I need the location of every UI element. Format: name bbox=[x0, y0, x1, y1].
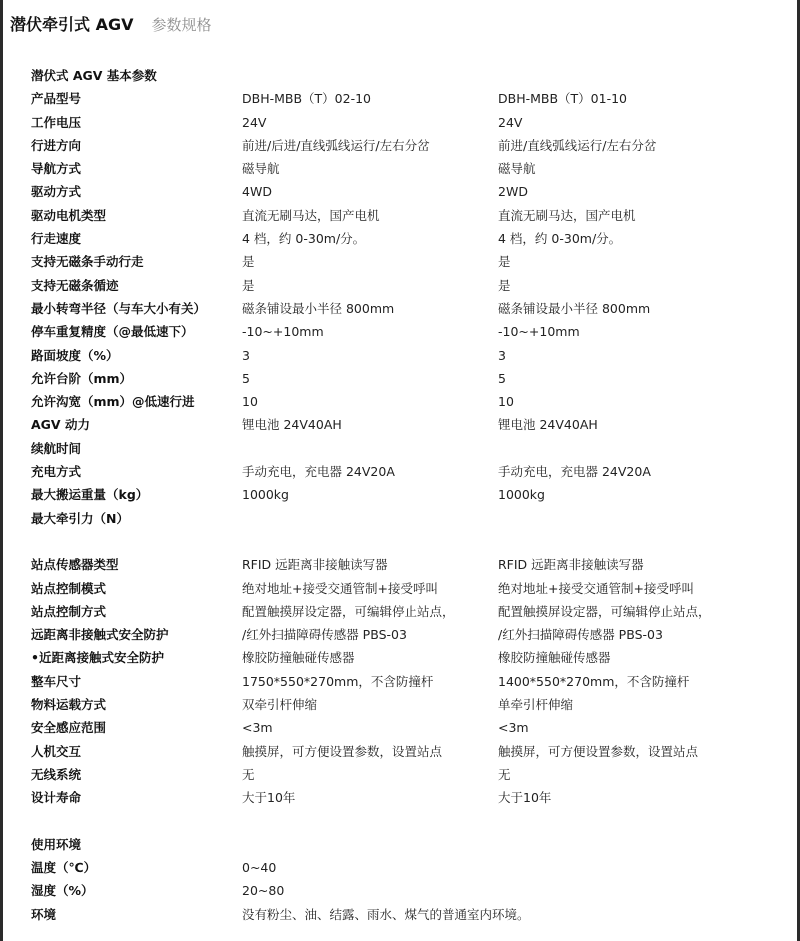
spec-value-model-1: 1750*550*270mm，不含防撞杆 bbox=[242, 670, 433, 693]
section-spacer bbox=[31, 530, 791, 553]
spec-value-model-2: 橡胶防撞触碰传感器 bbox=[498, 646, 611, 669]
spec-value-model-2: 大于10年 bbox=[498, 786, 551, 809]
spec-value-model-2: 10 bbox=[498, 390, 514, 413]
spec-label: 站点控制模式 bbox=[31, 577, 106, 600]
spec-label: 支持无磁条手动行走 bbox=[31, 250, 144, 273]
spec-row: 站点传感器类型RFID 远距离非接触读写器RFID 远距离非接触读写器 bbox=[31, 553, 791, 576]
spec-value-model-2: RFID 远距离非接触读写器 bbox=[498, 553, 644, 576]
spec-value-model-1: 橡胶防撞触碰传感器 bbox=[242, 646, 355, 669]
spec-value-model-1: RFID 远距离非接触读写器 bbox=[242, 553, 388, 576]
spec-row: 无线系统无无 bbox=[31, 763, 791, 786]
spec-value-model-1: 4 档，约 0-30m/分。 bbox=[242, 227, 365, 250]
spec-value-model-2: DBH-MBB（T）01-10 bbox=[498, 87, 627, 110]
spec-value-model-1: 绝对地址+接受交通管制+接受呼叫 bbox=[242, 577, 438, 600]
spec-row: 充电方式手动充电，充电器 24V20A手动充电，充电器 24V20A bbox=[31, 460, 791, 483]
spec-value-model-1: 磁导航 bbox=[242, 157, 280, 180]
spec-value-model-2: 3 bbox=[498, 344, 506, 367]
spec-label: 停车重复精度（@最低速下） bbox=[31, 320, 194, 343]
spec-label: 续航时间 bbox=[31, 437, 81, 460]
spec-value-model-1: 4WD bbox=[242, 180, 272, 203]
spec-row: 行走速度4 档，约 0-30m/分。4 档，约 0-30m/分。 bbox=[31, 227, 791, 250]
spec-row: 站点控制模式绝对地址+接受交通管制+接受呼叫绝对地址+接受交通管制+接受呼叫 bbox=[31, 577, 791, 600]
spec-row: 允许台阶（mm）55 bbox=[31, 367, 791, 390]
spec-label: 远距离非接触式安全防护 bbox=[31, 623, 169, 646]
section-heading-label: 潜伏式 AGV 基本参数 bbox=[31, 64, 157, 87]
spec-value-model-1: 24V bbox=[242, 111, 266, 134]
spec-label: 行走速度 bbox=[31, 227, 81, 250]
spec-value-model-1: 3 bbox=[242, 344, 250, 367]
spec-label: 无线系统 bbox=[31, 763, 81, 786]
spec-row: •近距离接触式安全防护橡胶防撞触碰传感器橡胶防撞触碰传感器 bbox=[31, 646, 791, 669]
spec-label: 产品型号 bbox=[31, 87, 81, 110]
spec-label: 湿度（%） bbox=[31, 879, 94, 902]
spec-value-model-2: 单牵引杆伸缩 bbox=[498, 693, 573, 716]
spec-label: 站点传感器类型 bbox=[31, 553, 119, 576]
spec-value-model-1: 前进/后进/直线弧线运行/左右分岔 bbox=[242, 134, 430, 157]
spec-value-model-2: 锂电池 24V40AH bbox=[498, 413, 598, 436]
spec-value-model-1: 触摸屏，可方便设置参数，设置站点 bbox=[242, 740, 442, 763]
spec-row: 温度（℃）0~40 bbox=[31, 856, 791, 879]
spec-label: 驱动方式 bbox=[31, 180, 81, 203]
spec-value-model-2: 配置触摸屏设定器，可编辑停止站点， bbox=[498, 600, 711, 623]
spec-row: 允许沟宽（mm）@低速行进1010 bbox=[31, 390, 791, 413]
spec-value-model-1: -10~+10mm bbox=[242, 320, 324, 343]
page-header: 潜伏牵引式 AGV 参数规格 bbox=[10, 12, 212, 38]
spec-row: 最大牵引力（N） bbox=[31, 507, 791, 530]
spec-label: 最小转弯半径（与车大小有关） bbox=[31, 297, 206, 320]
spec-value-model-1: DBH-MBB（T）02-10 bbox=[242, 87, 371, 110]
spec-value-model-1: 配置触摸屏设定器，可编辑停止站点， bbox=[242, 600, 455, 623]
spec-value-model-1: 是 bbox=[242, 274, 255, 297]
spec-label: 工作电压 bbox=[31, 111, 81, 134]
spec-label: 设计寿命 bbox=[31, 786, 81, 809]
spec-row: 环境没有粉尘、油、结露、雨水、煤气的普通室内环境。 bbox=[31, 903, 791, 926]
spec-value-model-1: 磁条铺设最小半径 800mm bbox=[242, 297, 394, 320]
spec-value-model-1: 大于10年 bbox=[242, 786, 295, 809]
spec-value-model-1: 5 bbox=[242, 367, 250, 390]
spec-value-model-2: 是 bbox=[498, 274, 511, 297]
spec-label: 路面坡度（%） bbox=[31, 344, 119, 367]
spec-label: AGV 动力 bbox=[31, 413, 90, 436]
spec-value-model-1: 直流无刷马达，国产电机 bbox=[242, 204, 380, 227]
spec-value-model-2: 直流无刷马达，国产电机 bbox=[498, 204, 636, 227]
spec-label: 环境 bbox=[31, 903, 56, 926]
spec-label: 物料运载方式 bbox=[31, 693, 106, 716]
spec-value-model-2: 无 bbox=[498, 763, 511, 786]
spec-row: 续航时间 bbox=[31, 437, 791, 460]
spec-row: 工作电压24V24V bbox=[31, 111, 791, 134]
spec-value-model-2: 磁导航 bbox=[498, 157, 536, 180]
spec-row: 支持无磁条循迹是是 bbox=[31, 274, 791, 297]
page-subtitle: 参数规格 bbox=[151, 14, 211, 35]
spec-table: 潜伏式 AGV 基本参数产品型号DBH-MBB（T）02-10DBH-MBB（T… bbox=[31, 64, 791, 926]
spec-value-model-2: <3m bbox=[498, 716, 529, 739]
spec-value-model-2: 2WD bbox=[498, 180, 528, 203]
spec-row: 人机交互触摸屏，可方便设置参数，设置站点触摸屏，可方便设置参数，设置站点 bbox=[31, 740, 791, 763]
spec-value-model-2: 5 bbox=[498, 367, 506, 390]
spec-value-model-2: 前进/直线弧线运行/左右分岔 bbox=[498, 134, 656, 157]
spec-label: 整车尺寸 bbox=[31, 670, 81, 693]
spec-value-model-1: /红外扫描障碍传感器 PBS-03 bbox=[242, 623, 407, 646]
spec-value-model-1: 双牵引杆伸缩 bbox=[242, 693, 317, 716]
spec-label: 导航方式 bbox=[31, 157, 81, 180]
spec-value-model-1: 0~40 bbox=[242, 856, 276, 879]
spec-label: 驱动电机类型 bbox=[31, 204, 106, 227]
spec-value-model-1: 锂电池 24V40AH bbox=[242, 413, 342, 436]
spec-label: 人机交互 bbox=[31, 740, 81, 763]
spec-value-model-2: /红外扫描障碍传感器 PBS-03 bbox=[498, 623, 663, 646]
section-heading: 潜伏式 AGV 基本参数 bbox=[31, 64, 791, 87]
spec-row: 停车重复精度（@最低速下）-10~+10mm-10~+10mm bbox=[31, 320, 791, 343]
spec-row: 湿度（%）20~80 bbox=[31, 879, 791, 902]
spec-label: •近距离接触式安全防护 bbox=[31, 646, 164, 669]
spec-label: 安全感应范围 bbox=[31, 716, 106, 739]
spec-value-model-1: <3m bbox=[242, 716, 273, 739]
spec-value-model-2: 4 档，约 0-30m/分。 bbox=[498, 227, 621, 250]
spec-label: 允许台阶（mm） bbox=[31, 367, 132, 390]
spec-value-model-1: 没有粉尘、油、结露、雨水、煤气的普通室内环境。 bbox=[242, 903, 530, 926]
spec-label: 充电方式 bbox=[31, 460, 81, 483]
spec-label: 温度（℃） bbox=[31, 856, 96, 879]
spec-value-model-2: 触摸屏，可方便设置参数，设置站点 bbox=[498, 740, 698, 763]
section-spacer bbox=[31, 810, 791, 833]
section-heading: 使用环境 bbox=[31, 833, 791, 856]
spec-label: 站点控制方式 bbox=[31, 600, 106, 623]
spec-row: 设计寿命大于10年大于10年 bbox=[31, 786, 791, 809]
section-heading-label: 使用环境 bbox=[31, 833, 81, 856]
spec-row: AGV 动力锂电池 24V40AH锂电池 24V40AH bbox=[31, 413, 791, 436]
spec-row: 站点控制方式配置触摸屏设定器，可编辑停止站点，配置触摸屏设定器，可编辑停止站点， bbox=[31, 600, 791, 623]
spec-value-model-2: 磁条铺设最小半径 800mm bbox=[498, 297, 650, 320]
spec-row: 支持无磁条手动行走是是 bbox=[31, 250, 791, 273]
spec-row: 驱动电机类型直流无刷马达，国产电机直流无刷马达，国产电机 bbox=[31, 204, 791, 227]
spec-label: 允许沟宽（mm）@低速行进 bbox=[31, 390, 195, 413]
spec-row: 路面坡度（%）33 bbox=[31, 344, 791, 367]
spec-value-model-1: 1000kg bbox=[242, 483, 289, 506]
spec-value-model-2: 是 bbox=[498, 250, 511, 273]
spec-value-model-1: 20~80 bbox=[242, 879, 284, 902]
spec-value-model-2: 1400*550*270mm，不含防撞杆 bbox=[498, 670, 689, 693]
spec-value-model-1: 是 bbox=[242, 250, 255, 273]
spec-row: 驱动方式4WD2WD bbox=[31, 180, 791, 203]
spec-label: 最大搬运重量（kg） bbox=[31, 483, 148, 506]
spec-row: 最小转弯半径（与车大小有关）磁条铺设最小半径 800mm磁条铺设最小半径 800… bbox=[31, 297, 791, 320]
spec-value-model-1: 无 bbox=[242, 763, 255, 786]
page-border-left bbox=[0, 0, 3, 941]
spec-label: 最大牵引力（N） bbox=[31, 507, 129, 530]
spec-row: 整车尺寸1750*550*270mm，不含防撞杆1400*550*270mm，不… bbox=[31, 670, 791, 693]
spec-value-model-2: -10~+10mm bbox=[498, 320, 580, 343]
spec-row: 远距离非接触式安全防护/红外扫描障碍传感器 PBS-03/红外扫描障碍传感器 P… bbox=[31, 623, 791, 646]
spec-value-model-1: 10 bbox=[242, 390, 258, 413]
spec-row: 最大搬运重量（kg）1000kg1000kg bbox=[31, 483, 791, 506]
spec-label: 支持无磁条循迹 bbox=[31, 274, 119, 297]
spec-value-model-2: 24V bbox=[498, 111, 522, 134]
spec-row: 导航方式磁导航磁导航 bbox=[31, 157, 791, 180]
spec-row: 行进方向前进/后进/直线弧线运行/左右分岔前进/直线弧线运行/左右分岔 bbox=[31, 134, 791, 157]
spec-value-model-2: 绝对地址+接受交通管制+接受呼叫 bbox=[498, 577, 694, 600]
spec-value-model-2: 1000kg bbox=[498, 483, 545, 506]
page-title: 潜伏牵引式 AGV bbox=[10, 12, 133, 35]
spec-row: 产品型号DBH-MBB（T）02-10DBH-MBB（T）01-10 bbox=[31, 87, 791, 110]
spec-row: 物料运载方式双牵引杆伸缩单牵引杆伸缩 bbox=[31, 693, 791, 716]
spec-label: 行进方向 bbox=[31, 134, 81, 157]
spec-value-model-2: 手动充电，充电器 24V20A bbox=[498, 460, 651, 483]
spec-row: 安全感应范围<3m<3m bbox=[31, 716, 791, 739]
spec-value-model-1: 手动充电，充电器 24V20A bbox=[242, 460, 395, 483]
